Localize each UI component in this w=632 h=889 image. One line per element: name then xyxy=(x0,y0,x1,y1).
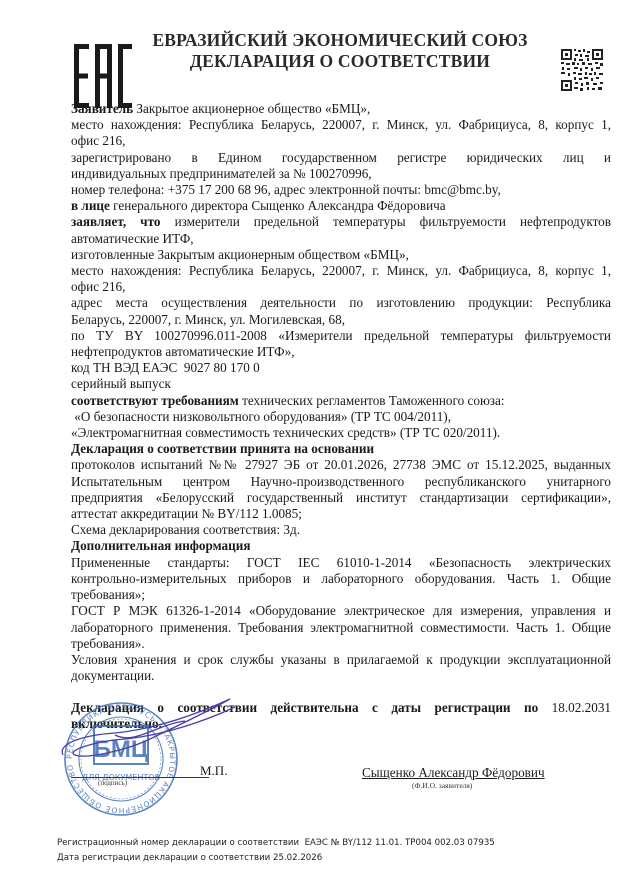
applicant-label: Заявитель xyxy=(71,101,133,116)
applicant-line: Заявитель Закрытое акционерное общество … xyxy=(71,101,611,117)
declares-line: заявляет, что измерители предельной темп… xyxy=(71,214,611,230)
signatory-caption: (Ф.И.О. заявителя) xyxy=(412,781,472,790)
manufacturer-address-1: место нахождения: Республика Беларусь, 2… xyxy=(71,263,611,279)
storage-line-1: Условия хранения и срок службы указаны в… xyxy=(71,652,611,668)
represented-line: в лице генерального директора Сыщенко Ал… xyxy=(71,198,611,214)
standard-1-line-2: контрольно-измерительных приборов и лабо… xyxy=(71,571,611,587)
declaration-body: Заявитель Закрытое акционерное общество … xyxy=(71,101,611,684)
qr-code-icon[interactable] xyxy=(560,42,604,98)
applicant-contacts: номер телефона: +375 17 200 68 96, адрес… xyxy=(71,182,611,198)
declaration-scheme: Схема декларирования соответствия: 3д. xyxy=(71,522,611,538)
applicant-address-2: офис 216, xyxy=(71,133,611,149)
complies-line: соответствуют требованиям технических ре… xyxy=(71,393,611,409)
regulation-2: «Электромагнитная совместимость техничес… xyxy=(71,425,611,441)
registration-date: 25.02.2026 xyxy=(273,853,322,863)
title-union: ЕВРАЗИЙСКИЙ ЭКОНОМИЧЕСКИЙ СОЮЗ xyxy=(150,30,530,51)
represented-label: в лице xyxy=(71,198,110,213)
registration-number-line: Регистрационный номер декларации о соотв… xyxy=(57,836,495,851)
manufacturer: изготовленные Закрытым акционерным общес… xyxy=(71,247,611,263)
basis-line-1: протоколов испытаний №№ 27927 ЭБ от 20.0… xyxy=(71,457,611,473)
manufacturer-address-2: офис 216, xyxy=(71,279,611,295)
standard-2-line-3: требования». xyxy=(71,636,611,652)
standard-1-line-3: требования»; xyxy=(71,587,611,603)
registration-number: ЕАЭС № BY/112 11.01. ТР004 002.03 07935 xyxy=(305,838,495,848)
product-name-2: автоматические ИТФ, xyxy=(71,231,611,247)
validity-date: 18.02.2031 xyxy=(552,700,611,715)
additional-heading: Дополнительная информация xyxy=(71,538,611,554)
regulation-1: «О безопасности низковольтного оборудова… xyxy=(71,409,611,425)
seal-place-label: М.П. xyxy=(200,763,227,779)
storage-line-2: документации. xyxy=(71,668,611,684)
tech-spec-2: нефтепродуктов автоматические ИТФ», xyxy=(71,344,611,360)
complies-text: технических регламентов Таможенного союз… xyxy=(242,393,504,408)
registration-date-label: Дата регистрации декларации о соответств… xyxy=(57,853,270,863)
basis-line-4: аттестат аккредитации № BY/112 1.0085; xyxy=(71,506,611,522)
hs-code: код ТН ВЭД ЕАЭС 9027 80 170 0 xyxy=(71,360,611,376)
signature-line xyxy=(71,777,209,778)
registration-info: Регистрационный номер декларации о соотв… xyxy=(57,836,495,865)
product-name-1: измерители предельной температуры фильтр… xyxy=(175,214,611,229)
basis-line-2: Испытательным центром Научно-производств… xyxy=(71,474,611,490)
registration-date-line: Дата регистрации декларации о соответств… xyxy=(57,851,495,866)
basis-heading: Декларация о соответствии принята на осн… xyxy=(71,441,611,457)
standard-1-line-1: Примененные стандарты: ГОСТ IEC 61010-1-… xyxy=(71,555,611,571)
document-title: ЕВРАЗИЙСКИЙ ЭКОНОМИЧЕСКИЙ СОЮЗ ДЕКЛАРАЦИ… xyxy=(150,30,530,72)
tech-spec-1: по ТУ BY 100270996.011-2008 «Измерители … xyxy=(71,328,611,344)
production-address-1: адрес места осуществления деятельности п… xyxy=(71,295,611,311)
complies-label: соответствуют требованиям xyxy=(71,393,239,408)
registration-number-label: Регистрационный номер декларации о соотв… xyxy=(57,838,299,848)
basis-line-3: предприятия «Белорусский государственный… xyxy=(71,490,611,506)
signatory-name: Сыщенко Александр Фёдорович xyxy=(362,765,545,781)
release-type: серийный выпуск xyxy=(71,376,611,392)
declares-label: заявляет, что xyxy=(71,214,161,229)
applicant-registered-1: зарегистрировано в Едином государственно… xyxy=(71,150,611,166)
title-declaration: ДЕКЛАРАЦИЯ О СООТВЕТСТВИИ xyxy=(150,51,530,72)
applicant-name: Закрытое акционерное общество «БМЦ», xyxy=(136,101,370,116)
represented-by: генерального директора Сыщенко Александр… xyxy=(113,198,445,213)
standard-2-line-2: лабораторного применения. Требования эле… xyxy=(71,620,611,636)
signature-caption: (подпись) xyxy=(98,779,127,787)
applicant-registered-2: индивидуальных предпринимателей за № 100… xyxy=(71,166,611,182)
production-address-2: Беларусь, 220007, г. Минск, ул. Могилевс… xyxy=(71,312,611,328)
eac-mark-icon xyxy=(74,44,132,108)
standard-2-line-1: ГОСТ Р МЭК 61326-1-2014 «Оборудование эл… xyxy=(71,603,611,619)
applicant-address-1: место нахождения: Республика Беларусь, 2… xyxy=(71,117,611,133)
